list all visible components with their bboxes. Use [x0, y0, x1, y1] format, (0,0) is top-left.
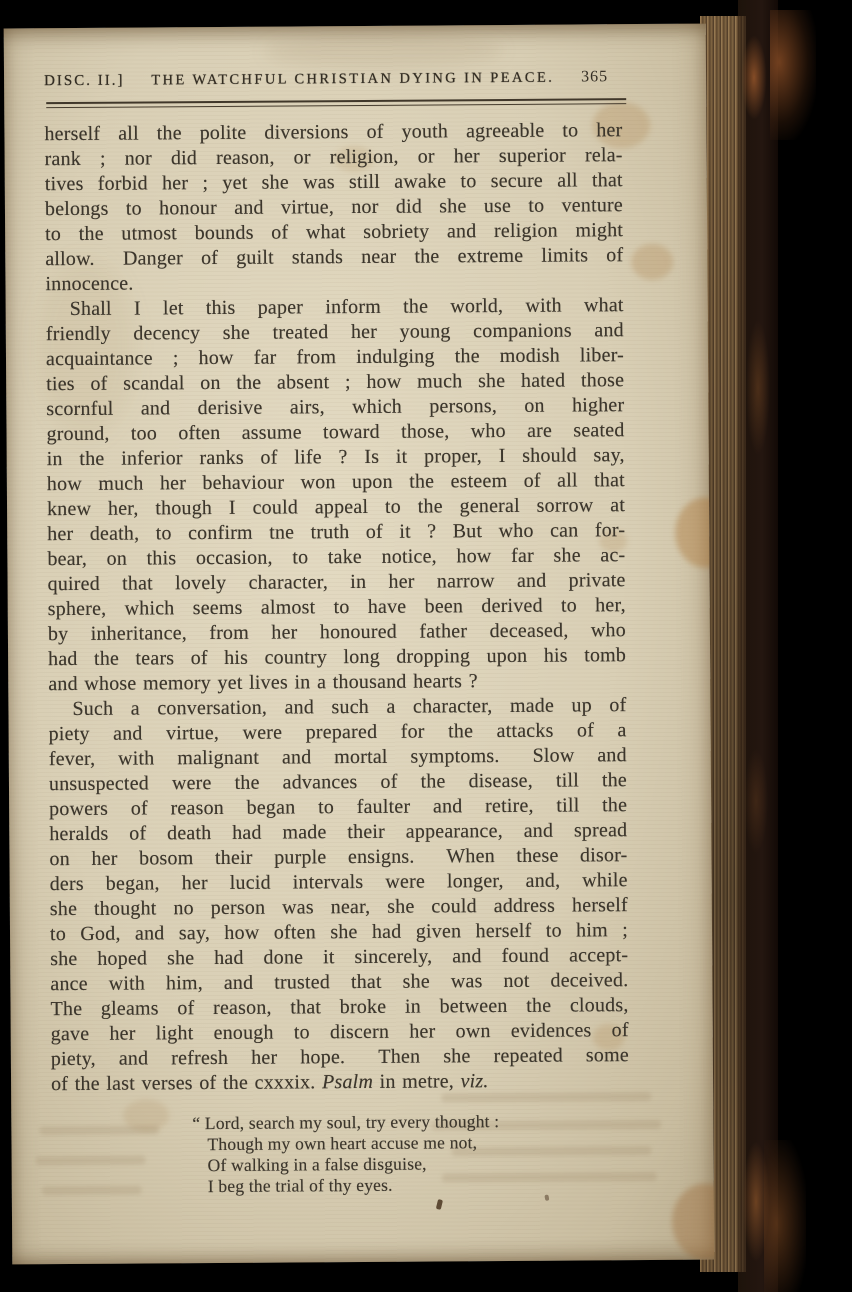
paper-stain	[123, 1099, 169, 1131]
running-header: DISC. II.] THE WATCHFUL CHRISTIAN DYING …	[44, 68, 624, 90]
paragraph: Shall I let this paper inform the world,…	[46, 293, 627, 697]
paper-stain	[675, 497, 714, 567]
page-number: 365	[581, 68, 608, 86]
text-line: allow. Danger of guilt stands near the e…	[45, 243, 623, 272]
book-cover-corner-top	[770, 10, 816, 140]
paper-stain	[631, 244, 673, 280]
book-cover-edge	[738, 0, 778, 1292]
book-page: DISC. II.] THE WATCHFUL CHRISTIAN DYING …	[4, 24, 715, 1265]
book-scan: DISC. II.] THE WATCHFUL CHRISTIAN DYING …	[0, 0, 852, 1292]
header-rule	[46, 98, 626, 108]
running-header-section: DISC. II.]	[44, 73, 125, 91]
ink-bleedthrough	[39, 1125, 159, 1135]
ink-fleck	[436, 1199, 443, 1210]
verse-line: Though my own heart accuse me not,	[207, 1131, 607, 1155]
verse-line: “ Lord, search my soul, try every though…	[192, 1110, 607, 1134]
psalm-quote: “ Lord, search my soul, try every though…	[207, 1110, 608, 1197]
ink-fleck	[544, 1194, 549, 1201]
ink-bleedthrough	[42, 1186, 142, 1196]
ink-bleedthrough	[36, 1156, 146, 1166]
paper-stain	[264, 33, 504, 69]
page-body-text: herself all the polite diversions of you…	[44, 118, 629, 1097]
book-cover-corner-bottom	[764, 1140, 806, 1292]
text-line: of the last verses of the cxxxix. Psalm …	[51, 1068, 629, 1097]
text-line: had the tears of his country long droppi…	[48, 643, 626, 672]
paragraph: Such a conversation, and such a characte…	[48, 693, 629, 1097]
paper-stain	[672, 1183, 715, 1259]
text-line: piety, and refresh her hope. Then she re…	[51, 1043, 629, 1072]
paragraph: herself all the polite diversions of you…	[44, 118, 623, 297]
verse-line: Of walking in a false disguise,	[208, 1152, 608, 1176]
verse-line: I beg the trial of thy eyes.	[208, 1173, 608, 1197]
running-header-title: THE WATCHFUL CHRISTIAN DYING IN PEACE.	[151, 70, 554, 90]
